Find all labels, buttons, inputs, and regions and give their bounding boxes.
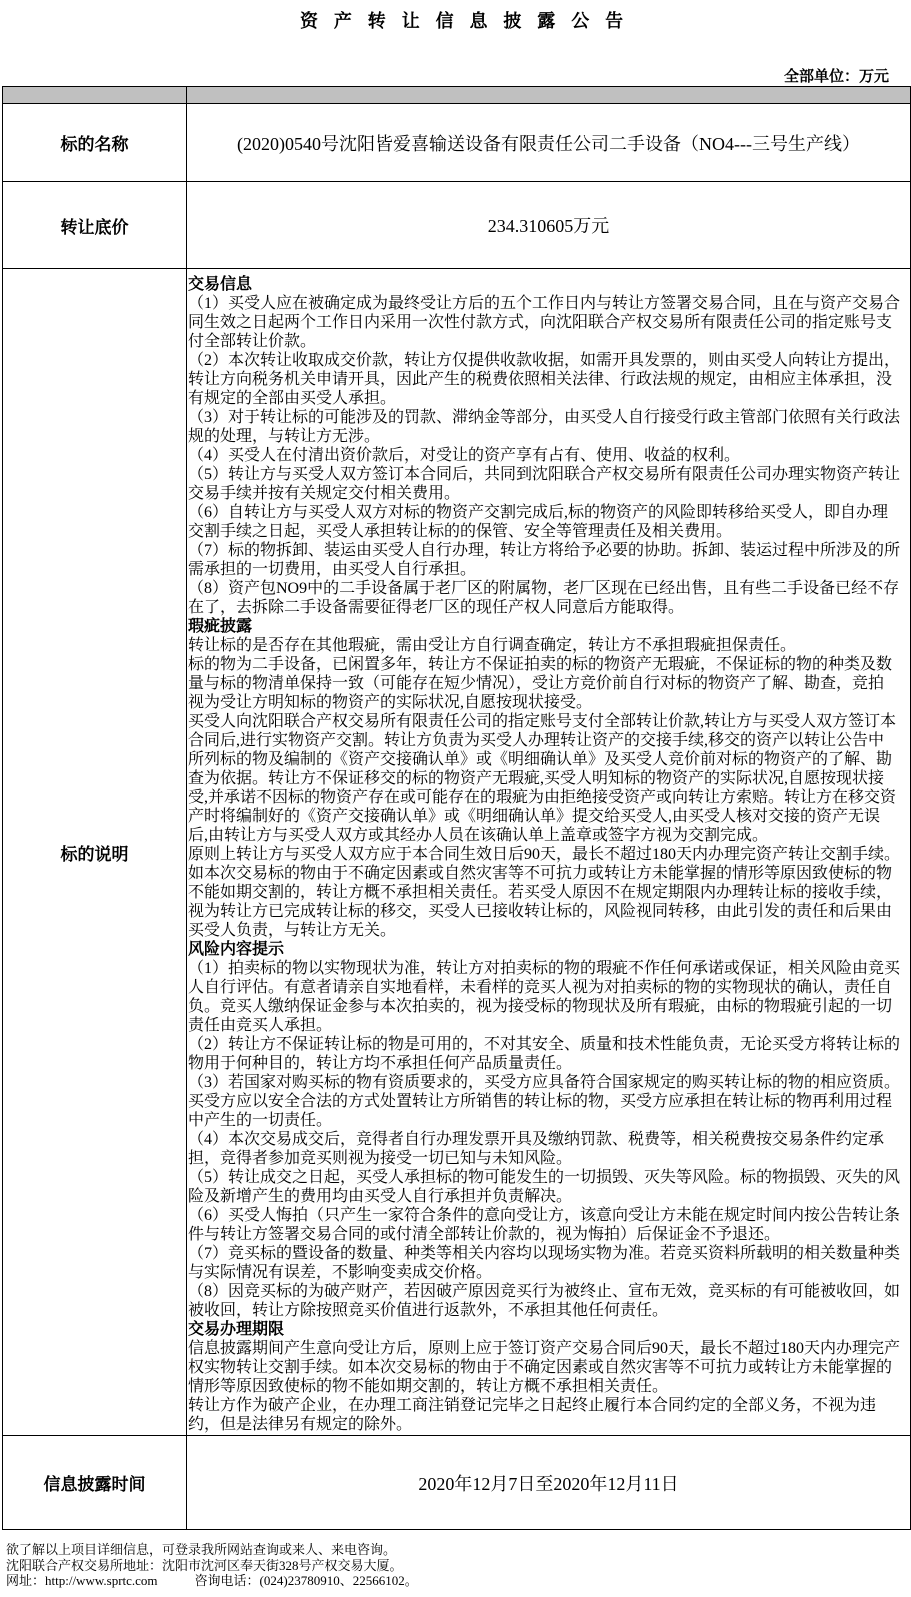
section-defect-disclosure: 瑕疵披露 转让标的是否存在其他瑕疵，需由受让方自行调查确定，转让方不承担瑕疵担保… bbox=[188, 617, 910, 940]
section-heading: 风险内容提示 bbox=[188, 940, 910, 959]
risk-item-8: （8）因竞买标的为破产财产，若因破产原因竞买行为被终止、宣布无效，竞买标的有可能… bbox=[188, 1282, 910, 1320]
description-line: （4）本次交易成交后，竞得者自行办理发票开具及缴纳罚款、税费等，相关税费按交易条… bbox=[188, 1130, 910, 1149]
description-line: 在了，去拆除二手设备需要征得老厂区的现任产权人同意后方能取得。 bbox=[188, 598, 910, 617]
description-line: 买受人负责，与转让方无关。 bbox=[188, 921, 910, 940]
header-cell-right bbox=[187, 87, 911, 104]
defect-paragraph-4: 原则上转让方与买受人双方应于本合同生效日后90天，最长不超过180天内办理完资产… bbox=[188, 845, 910, 940]
section-transaction-info: 交易信息 （1）买受人应在被确定成为最终受让方后的五个工作日内与转让方签署交易合… bbox=[188, 275, 910, 617]
description-line: 合同后,进行实物资产交割。转让方负责为买受人办理转让资产的交接手续,移交的资产以… bbox=[188, 731, 910, 750]
footer-contact-info: 欲了解以上项目详细信息，可登录我所网站查询或来人、来电咨询。 沈阳联合产权交易所… bbox=[6, 1542, 418, 1589]
description-line: 物用于何种目的，转让方均不承担任何产品质量责任。 bbox=[188, 1054, 910, 1073]
description-line: 转让标的是否存在其他瑕疵，需由受让方自行调查确定，转让方不承担瑕疵担保责任。 bbox=[188, 636, 910, 655]
description-line: 情形等原因致使标的物不能如期交割的，转让方概不承担相关责任。 bbox=[188, 1377, 910, 1396]
section-heading: 交易办理期限 bbox=[188, 1320, 910, 1339]
disclosure-table: 标的名称 (2020)0540号沈阳皆爱喜输送设备有限责任公司二手设备（NO4-… bbox=[2, 86, 911, 1530]
description-line: 责任由竞买人承担。 bbox=[188, 1016, 910, 1035]
description-line: （7）竞买标的暨设备的数量、种类等相关内容均以现场实物为准。若竞买资料所载明的相… bbox=[188, 1244, 910, 1263]
risk-item-2: （2）转让方不保证转让标的物是可用的，不对其安全、质量和技术性能负责，无论买受方… bbox=[188, 1035, 910, 1073]
description-line: 险及新增产生的费用均由买受人自行承担并负责解决。 bbox=[188, 1187, 910, 1206]
description-line: 同生效之日起两个工作日内采用一次性付款方式，向沈阳联合产权交易所有限责任公司的指… bbox=[188, 313, 910, 332]
clause-3: （3）对于转让标的可能涉及的罚款、滞纳金等部分，由买受人自行接受行政主管部门依照… bbox=[188, 408, 910, 446]
description-line: 需承担的一切费用，由买受人自行承担。 bbox=[188, 560, 910, 579]
description-line: 后,由转让方与买受人双方或其经办人员在该确认单上盖章或签字方视为交割完成。 bbox=[188, 826, 910, 845]
description-line: 信息披露期间产生意向受让方后，原则上应于签订资产交易合同后90天，最长不超过18… bbox=[188, 1339, 910, 1358]
description-line: （8）资产包NO9中的二手设备属于老厂区的附属物，老厂区现在已经出售，且有些二手… bbox=[188, 579, 910, 598]
description-line: 标的物为二手设备，已闲置多年，转让方不保证拍卖的标的物资产无瑕疵，不保证标的物的… bbox=[188, 655, 910, 674]
section-heading: 交易信息 bbox=[188, 275, 910, 294]
row-asset-name: 标的名称 (2020)0540号沈阳皆爱喜输送设备有限责任公司二手设备（NO4-… bbox=[3, 104, 911, 182]
defect-paragraph-1: 转让标的是否存在其他瑕疵，需由受让方自行调查确定，转让方不承担瑕疵担保责任。 bbox=[188, 636, 910, 655]
description-line: （7）标的物拆卸、装运由买受人自行办理，转让方将给予必要的协助。拆卸、装运过程中… bbox=[188, 541, 910, 560]
description-line: （6）自转让方与买受人双方对标的物资产交割完成后,标的物资产的风险即转移给买受人… bbox=[188, 503, 910, 522]
clause-8: （8）资产包NO9中的二手设备属于老厂区的附属物，老厂区现在已经出售，且有些二手… bbox=[188, 579, 910, 617]
risk-item-1: （1）拍卖标的物以实物现状为准，转让方对拍卖标的物的瑕疵不作任何承诺或保证，相关… bbox=[188, 959, 910, 1035]
risk-item-6: （6）买受人悔拍（只产生一家符合条件的意向受让方，该意向受让方未能在规定时间内按… bbox=[188, 1206, 910, 1244]
risk-item-7: （7）竞买标的暨设备的数量、种类等相关内容均以现场实物为准。若竞买资料所载明的相… bbox=[188, 1244, 910, 1282]
description-line: 转让方作为破产企业，在办理工商注销登记完毕之日起终止履行本合同约定的全部义务，不… bbox=[188, 1396, 910, 1415]
disclosure-period-value: 2020年12月7日至2020年12月11日 bbox=[187, 1436, 911, 1530]
clause-7: （7）标的物拆卸、装运由买受人自行办理，转让方将给予必要的协助。拆卸、装运过程中… bbox=[188, 541, 910, 579]
description-line: （8）因竞买标的为破产财产，若因破产原因竞买行为被终止、宣布无效，竞买标的有可能… bbox=[188, 1282, 910, 1301]
footer-address-line: 沈阳联合产权交易所地址：沈阳市沈河区奉天街328号产权交易大厦。 bbox=[6, 1558, 418, 1574]
description-line: 与实际情况有误差，不影响变卖成交价格。 bbox=[188, 1263, 910, 1282]
description-line: 视为受让方明知标的物资产的实际状况,自愿按现状接受。 bbox=[188, 693, 910, 712]
description-line: 受,并承诺不因标的物资产存在或可能存在的瑕疵为由拒绝接受资产或向转让方索赔。转让… bbox=[188, 788, 910, 807]
description-line: 约，但是法律另有规定的除外。 bbox=[188, 1415, 910, 1434]
description-line: 交易手续并按有关规定交付相关费用。 bbox=[188, 484, 910, 503]
deadline-paragraph-1: 信息披露期间产生意向受让方后，原则上应于签订资产交易合同后90天，最长不超过18… bbox=[188, 1339, 910, 1396]
description-line: 不能如期交割的，转让方概不承担相关责任。若买受人原因不在规定期限内办理转让标的接… bbox=[188, 883, 910, 902]
row-description: 标的说明 交易信息 （1）买受人应在被确定成为最终受让方后的五个工作日内与转让方… bbox=[3, 269, 911, 1436]
description-line: 原则上转让方与买受人双方应于本合同生效日后90天，最长不超过180天内办理完资产… bbox=[188, 845, 910, 864]
deadline-paragraph-2: 转让方作为破产企业，在办理工商注销登记完毕之日起终止履行本合同约定的全部义务，不… bbox=[188, 1396, 910, 1434]
description-line: 产时将编制好的《资产交接确认单》或《明细确认单》提交给买受人,由买受人核对交接的… bbox=[188, 807, 910, 826]
description-line: 视为转让方已完成转让标的移交，买受人已接收转让标的，风险视同转移，由此引发的责任… bbox=[188, 902, 910, 921]
description-line: 中产生的一切责任。 bbox=[188, 1111, 910, 1130]
unit-label: 全部单位：万元 bbox=[784, 67, 889, 87]
description-line: （1）买受人应在被确定成为最终受让方后的五个工作日内与转让方签署交易合同，且在与… bbox=[188, 294, 910, 313]
section-risk-notice: 风险内容提示 （1）拍卖标的物以实物现状为准，转让方对拍卖标的物的瑕疵不作任何承… bbox=[188, 940, 910, 1320]
description-line: （2）转让方不保证转让标的物是可用的，不对其安全、质量和技术性能负责，无论买受方… bbox=[188, 1035, 910, 1054]
reserve-price-label: 转让底价 bbox=[3, 182, 187, 269]
page-title: 资产转让信息披露公告 bbox=[300, 10, 639, 32]
footer-inquiry-line: 欲了解以上项目详细信息，可登录我所网站查询或来人、来电咨询。 bbox=[6, 1542, 418, 1558]
description-line: （3）若国家对购买标的物有资质要求的，买受方应具备符合国家规定的购买转让标的物的… bbox=[188, 1073, 910, 1092]
description-line: 量与标的物清单保持一致（可能存在短少情况），受让方竞价前自行对标的物资产了解、勘… bbox=[188, 674, 910, 693]
description-line: 交割手续之日起，买受人承担转让标的的保管、安全等管理责任及相关费用。 bbox=[188, 522, 910, 541]
description-line: 买受人向沈阳联合产权交易所有限责任公司的指定账号支付全部转让价款,转让方与买受人… bbox=[188, 712, 910, 731]
risk-item-5: （5）转让成交之日起，买受人承担标的物可能发生的一切损毁、灭失等风险。标的物损毁… bbox=[188, 1168, 910, 1206]
row-disclosure-period: 信息披露时间 2020年12月7日至2020年12月11日 bbox=[3, 1436, 911, 1530]
clause-6: （6）自转让方与买受人双方对标的物资产交割完成后,标的物资产的风险即转移给买受人… bbox=[188, 503, 910, 541]
defect-paragraph-3: 买受人向沈阳联合产权交易所有限责任公司的指定账号支付全部转让价款,转让方与买受人… bbox=[188, 712, 910, 845]
description-line: 付全部转让价款。 bbox=[188, 332, 910, 351]
description-label: 标的说明 bbox=[3, 269, 187, 1436]
description-line: （5）转让方与买受人双方签订本合同后，共同到沈阳联合产权交易所有限责任公司办理实… bbox=[188, 465, 910, 484]
section-heading: 瑕疵披露 bbox=[188, 617, 910, 636]
description-line: （1）拍卖标的物以实物现状为准，转让方对拍卖标的物的瑕疵不作任何承诺或保证，相关… bbox=[188, 959, 910, 978]
description-line: 所列标的物及编制的《资产交接确认单》或《明细确认单》及买受人竞价前对标的物资产的… bbox=[188, 750, 910, 769]
description-line: 规的处理，与转让方无涉。 bbox=[188, 427, 910, 446]
asset-name-label: 标的名称 bbox=[3, 104, 187, 182]
clause-1: （1）买受人应在被确定成为最终受让方后的五个工作日内与转让方签署交易合同，且在与… bbox=[188, 294, 910, 351]
description-line: 买受方应以安全合法的方式处置转让方所销售的转让标的物，买受方应承担在转让标的物再… bbox=[188, 1092, 910, 1111]
description-line: 查为依据。转让方不保证移交的标的物资产无瑕疵,买受人明知标的物资产的实际状况,自… bbox=[188, 769, 910, 788]
description-content: 交易信息 （1）买受人应在被确定成为最终受让方后的五个工作日内与转让方签署交易合… bbox=[187, 269, 911, 1436]
row-reserve-price: 转让底价 234.310605万元 bbox=[3, 182, 911, 269]
defect-paragraph-2: 标的物为二手设备，已闲置多年，转让方不保证拍卖的标的物资产无瑕疵，不保证标的物的… bbox=[188, 655, 910, 712]
description-line: 担，竞得者参加竞买则视为接受一切已知与未知风险。 bbox=[188, 1149, 910, 1168]
risk-item-3: （3）若国家对购买标的物有资质要求的，买受方应具备符合国家规定的购买转让标的物的… bbox=[188, 1073, 910, 1130]
footer-phone: 咨询电话：(024)23780910、22566102。 bbox=[195, 1573, 418, 1588]
description-line: （4）买受人在付清出资价款后，对受让的资产享有占有、使用、收益的权利。 bbox=[188, 446, 910, 465]
description-line: 负。竞买人缴纳保证金参与本次拍卖的，视为接受标的物现状及所有瑕疵，由标的物瑕疵引… bbox=[188, 997, 910, 1016]
clause-5: （5）转让方与买受人双方签订本合同后，共同到沈阳联合产权交易所有限责任公司办理实… bbox=[188, 465, 910, 503]
risk-item-4: （4）本次交易成交后，竞得者自行办理发票开具及缴纳罚款、税费等，相关税费按交易条… bbox=[188, 1130, 910, 1168]
description-line: 人自行评估。有意者请亲自实地看样，未看样的竞买人视为对拍卖标的物的实物现状的确认… bbox=[188, 978, 910, 997]
reserve-price-value: 234.310605万元 bbox=[187, 182, 911, 269]
header-cell-left bbox=[3, 87, 187, 104]
description-line: 权实物转让交割手续。如本次交易标的物由于不确定因素或自然灾害等不可抗力或转让方未… bbox=[188, 1358, 910, 1377]
description-line: 转让方向税务机关申请开具，因此产生的税费依照相关法律、行政法规的规定，由相应主体… bbox=[188, 370, 910, 389]
description-line: （5）转让成交之日起，买受人承担标的物可能发生的一切损毁、灭失等风险。标的物损毁… bbox=[188, 1168, 910, 1187]
description-line: 被收回，转让方除按照竞买价值进行返款外，不承担其他任何责任。 bbox=[188, 1301, 910, 1320]
footer-website: 网址：http://www.sprtc.com bbox=[6, 1573, 158, 1588]
description-line: （2）本次转让收取成交价款，转让方仅提供收款收据，如需开具发票的，则由买受人向转… bbox=[188, 351, 910, 370]
description-line: 有规定的全部由买受人承担。 bbox=[188, 389, 910, 408]
asset-name-value: (2020)0540号沈阳皆爱喜输送设备有限责任公司二手设备（NO4---三号生… bbox=[187, 104, 911, 182]
clause-2: （2）本次转让收取成交价款，转让方仅提供收款收据，如需开具发票的，则由买受人向转… bbox=[188, 351, 910, 408]
footer-contact-line: 网址：http://www.sprtc.com咨询电话：(024)2378091… bbox=[6, 1573, 418, 1589]
description-line: （6）买受人悔拍（只产生一家符合条件的意向受让方，该意向受让方未能在规定时间内按… bbox=[188, 1206, 910, 1225]
section-transaction-deadline: 交易办理期限 信息披露期间产生意向受让方后，原则上应于签订资产交易合同后90天，… bbox=[188, 1320, 910, 1434]
clause-4: （4）买受人在付清出资价款后，对受让的资产享有占有、使用、收益的权利。 bbox=[188, 446, 910, 465]
description-line: 件与转让方签署交易合同的或付清全部转让价款的，视为悔拍）后保证金不予退还。 bbox=[188, 1225, 910, 1244]
description-line: 如本次交易标的物由于不确定因素或自然灾害等不可抗力或转让方未能掌握的情形等原因致… bbox=[188, 864, 910, 883]
table-header-row bbox=[3, 87, 911, 104]
description-line: （3）对于转让标的可能涉及的罚款、滞纳金等部分，由买受人自行接受行政主管部门依照… bbox=[188, 408, 910, 427]
disclosure-period-label: 信息披露时间 bbox=[3, 1436, 187, 1530]
